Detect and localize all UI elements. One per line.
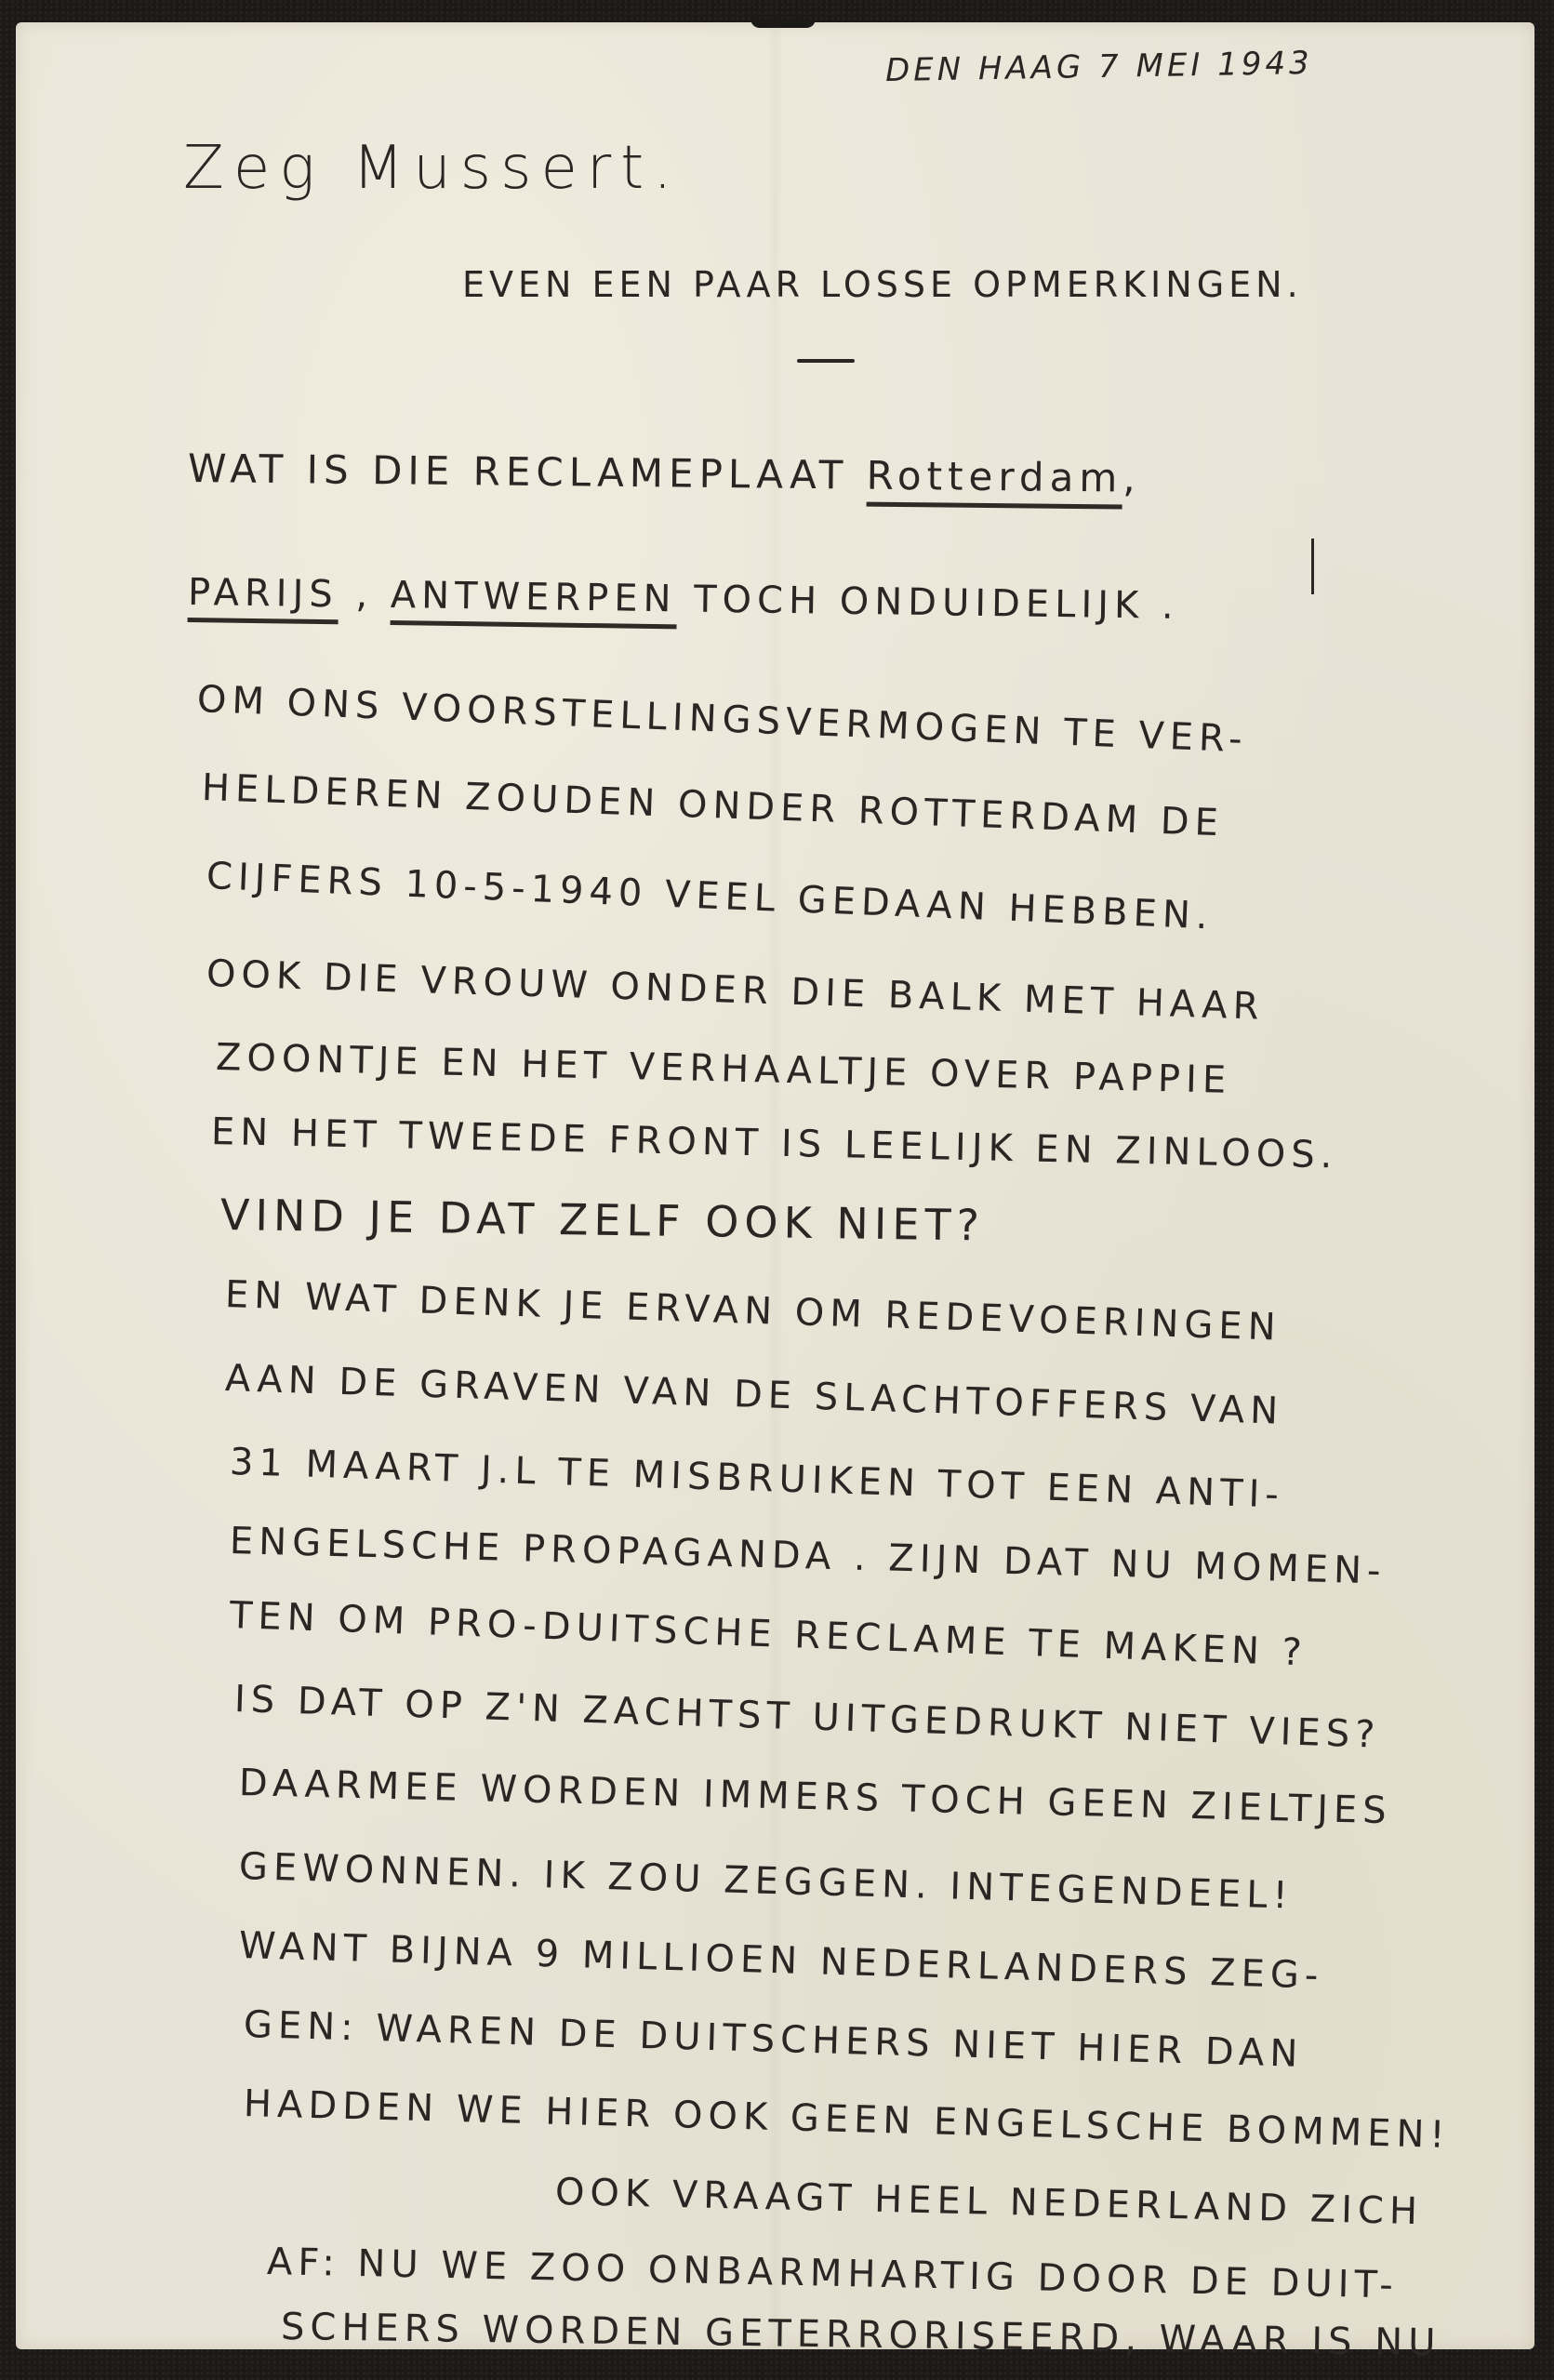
- underlined-rotterdam: Rotterdam: [866, 453, 1122, 510]
- body-line-4: HELDEREN ZOUDEN ONDER ROTTERDAM DE: [201, 766, 1224, 844]
- body-line-15: IS DAT OP Z'N ZACHTST UITGEDRUKT NIET VI…: [233, 1678, 1381, 1757]
- body-text: WAT IS DIE RECLAMEPLAAT: [188, 445, 867, 499]
- body-line-20: HADDEN WE HIER OOK GEEN ENGELSCHE BOMMEN…: [243, 2082, 1451, 2157]
- body-line-7: ZOONTJE EN HET VERHAALTJE OVER PAPPIE: [215, 1036, 1231, 1102]
- body-line-2: PARIJS , ANTWERPEN TOCH ONDUIDELIJK .: [188, 571, 1179, 628]
- comma: ,: [338, 573, 391, 617]
- salutation: Zeg Mussert.: [183, 134, 682, 203]
- body-line-14: TEN OM PRO-DUITSCHE RECLAME TE MAKEN ?: [229, 1594, 1308, 1674]
- body-text: TOCH ONDUIDELIJK .: [676, 578, 1179, 628]
- body-line-19: GEN: WAREN DE DUITSCHERS NIET HIER DAN: [243, 2003, 1304, 2076]
- body-line-8: EN HET TWEEDE FRONT IS LEELIJK EN ZINLOO…: [211, 1110, 1338, 1177]
- body-line-16: DAARMEE WORDEN IMMERS TOCH GEEN ZIELTJES: [238, 1762, 1392, 1832]
- body-line-5: CIJFERS 10-5-1940 VEEL GEDAAN HEBBEN.: [206, 855, 1214, 937]
- letter-paper: DEN HAAG 7 MEI 1943 Zeg Mussert. EVEN EE…: [16, 22, 1534, 2349]
- separator-dash: [797, 359, 855, 363]
- body-line-9: VIND JE DAT ZELF OOK NIET?: [220, 1190, 986, 1250]
- paper-notch: [750, 19, 816, 28]
- body-line-18: WANT BIJNA 9 MILLIOEN NEDERLANDERS ZEG-: [238, 1924, 1324, 1998]
- body-line-17: GEWONNEN. IK ZOU ZEGGEN. INTEGENDEEL!: [238, 1845, 1294, 1918]
- body-line-22: AF: NU WE ZOO ONBARMHARTIG DOOR DE DUIT-: [267, 2240, 1400, 2307]
- body-line-10: EN WAT DENK JE ERVAN OM REDEVOERINGEN: [224, 1273, 1282, 1350]
- body-line-11: AAN DE GRAVEN VAN DE SLACHTOFFERS VAN: [224, 1357, 1283, 1433]
- comma: ,: [1122, 456, 1141, 501]
- body-line-3: OM ONS VOORSTELLINGSVERMOGEN TE VER-: [196, 678, 1248, 761]
- intro-line: EVEN EEN PAAR LOSSE OPMERKINGEN.: [462, 264, 1303, 305]
- underlined-parijs: PARIJS: [188, 571, 339, 624]
- body-line-13: ENGELSCHE PROPAGANDA . ZIJN DAT NU MOMEN…: [229, 1520, 1387, 1593]
- exclamation-stroke: [1311, 538, 1314, 594]
- place-date: DEN HAAG 7 MEI 1943: [885, 45, 1313, 89]
- underlined-antwerpen: ANTWERPEN: [390, 574, 676, 629]
- body-line-12: 31 MAART J.L TE MISBRUIKEN TOT EEN ANTI-: [229, 1441, 1284, 1517]
- body-line-6: OOK DIE VROUW ONDER DIE BALK MET HAAR: [206, 952, 1265, 1029]
- body-line-21: OOK VRAAGT HEEL NEDERLAND ZICH: [554, 2171, 1423, 2233]
- body-line-1: WAT IS DIE RECLAMEPLAAT Rotterdam,: [188, 445, 1141, 501]
